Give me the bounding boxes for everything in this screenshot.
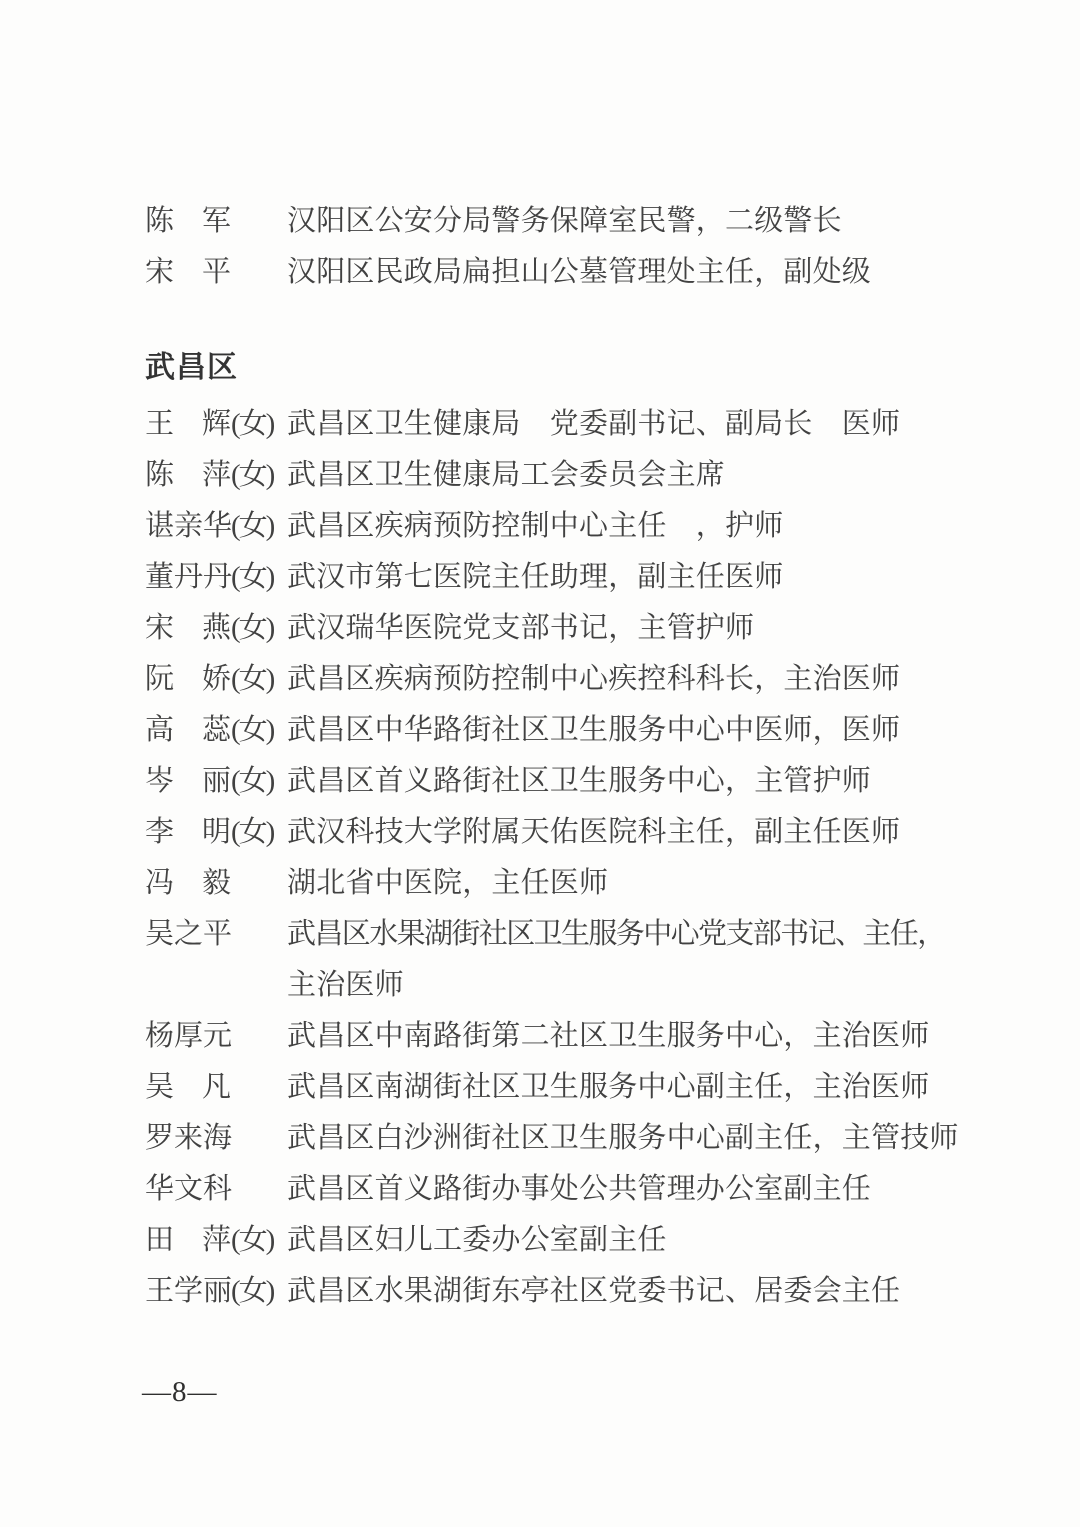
gender-marker: (女) [231, 399, 287, 450]
person-position: 武昌区水果湖街社区卫生服务中心党支部书记、主任， [287, 918, 945, 950]
gender-marker: (女) [231, 654, 287, 705]
gender-marker: (女) [231, 603, 287, 654]
person-position: 武昌区中南路街第二社区卫生服务中心，主治医师 [287, 1020, 929, 1052]
page-number: —8— [142, 1372, 218, 1412]
person-name: 陈军 [145, 196, 231, 247]
list-item: 董丹丹(女)武汉市第七医院主任助理，副主任医师 [145, 552, 965, 603]
person-name: 宋燕 [145, 603, 231, 654]
person-position: 武昌区疾病预防控制中心主任 ，护师 [287, 510, 783, 542]
person-position: 武昌区疾病预防控制中心疾控科科长，主治医师 [287, 663, 900, 695]
section-header-wuchang: 武昌区 [145, 342, 965, 393]
person-position: 武昌区妇儿工委办公室副主任 [287, 1224, 667, 1256]
person-position: 汉阳区公安分局警务保障室民警，二级警长 [287, 205, 842, 237]
gender-marker: (女) [231, 1215, 287, 1266]
person-position: 武昌区首义路街社区卫生服务中心，主管护师 [287, 765, 871, 797]
list-item: 王学丽(女)武昌区水果湖街东亭社区党委书记、居委会主任 [145, 1266, 965, 1317]
person-name: 冯毅 [145, 858, 231, 909]
list-item: 冯毅湖北省中医院，主任医师 [145, 858, 965, 909]
list-item: 李明(女)武汉科技大学附属天佑医院科主任，副主任医师 [145, 807, 965, 858]
gender-marker: (女) [231, 807, 287, 858]
person-name: 谌亲华 [145, 501, 231, 552]
person-name: 王学丽 [145, 1266, 231, 1317]
person-position: 武昌区卫生健康局 党委副书记、副局长 医师 [287, 408, 900, 440]
person-position: 武汉瑞华医院党支部书记，主管护师 [287, 612, 754, 644]
list-item: 阮娇(女)武昌区疾病预防控制中心疾控科科长，主治医师 [145, 654, 965, 705]
person-name: 王辉 [145, 399, 231, 450]
person-position: 武昌区水果湖街东亭社区党委书记、居委会主任 [287, 1275, 900, 1307]
person-name: 李明 [145, 807, 231, 858]
document-content: 陈军汉阳区公安分局警务保障室民警，二级警长 宋平汉阳区民政局扁担山公墓管理处主任… [145, 196, 965, 1317]
list-item: 吴凡武昌区南湖街社区卫生服务中心副主任，主治医师 [145, 1062, 965, 1113]
list-item: 岑丽(女)武昌区首义路街社区卫生服务中心，主管护师 [145, 756, 965, 807]
person-name: 阮娇 [145, 654, 231, 705]
person-position: 湖北省中医院，主任医师 [287, 867, 608, 899]
document-page: { "document": { "page_number": "—8—" }, … [0, 0, 1080, 1527]
list-item: 吴之平武昌区水果湖街社区卫生服务中心党支部书记、主任， [145, 909, 965, 960]
person-name: 吴凡 [145, 1062, 231, 1113]
person-position-continued: 主治医师 [287, 969, 404, 1001]
person-position: 武昌区中华路街社区卫生服务中心中医师，医师 [287, 714, 900, 746]
person-name: 杨厚元 [145, 1011, 231, 1062]
person-name: 高蕊 [145, 705, 231, 756]
person-name: 华文科 [145, 1164, 231, 1215]
list-item: 陈军汉阳区公安分局警务保障室民警，二级警长 [145, 196, 965, 247]
gender-marker: (女) [231, 705, 287, 756]
gender-marker: (女) [231, 1266, 287, 1317]
person-name: 宋平 [145, 247, 231, 298]
gender-marker: (女) [231, 450, 287, 501]
person-position: 汉阳区民政局扁担山公墓管理处主任，副处级 [287, 256, 871, 288]
person-name: 陈萍 [145, 450, 231, 501]
person-name: 岑丽 [145, 756, 231, 807]
list-item: 王辉(女)武昌区卫生健康局 党委副书记、副局长 医师 [145, 399, 965, 450]
person-name: 吴之平 [145, 909, 231, 960]
person-position: 武汉科技大学附属天佑医院科主任，副主任医师 [287, 816, 900, 848]
list-item: 宋燕(女)武汉瑞华医院党支部书记，主管护师 [145, 603, 965, 654]
person-name: 田萍 [145, 1215, 231, 1266]
list-item-continuation: 主治医师 [145, 960, 965, 1011]
person-position: 武昌区南湖街社区卫生服务中心副主任，主治医师 [287, 1071, 929, 1103]
person-name: 罗来海 [145, 1113, 231, 1164]
list-item: 陈萍(女)武昌区卫生健康局工会委员会主席 [145, 450, 965, 501]
person-position: 武昌区卫生健康局工会委员会主席 [287, 459, 725, 491]
list-item: 高蕊(女)武昌区中华路街社区卫生服务中心中医师，医师 [145, 705, 965, 756]
list-item: 华文科武昌区首义路街办事处公共管理办公室副主任 [145, 1164, 965, 1215]
list-item: 谌亲华(女)武昌区疾病预防控制中心主任 ，护师 [145, 501, 965, 552]
list-item: 罗来海武昌区白沙洲街社区卫生服务中心副主任，主管技师 [145, 1113, 965, 1164]
list-item: 杨厚元武昌区中南路街第二社区卫生服务中心，主治医师 [145, 1011, 965, 1062]
person-position: 武昌区白沙洲街社区卫生服务中心副主任，主管技师 [287, 1122, 959, 1154]
gender-marker: (女) [231, 756, 287, 807]
gender-marker: (女) [231, 501, 287, 552]
person-position: 武昌区首义路街办事处公共管理办公室副主任 [287, 1173, 871, 1205]
person-position: 武汉市第七医院主任助理，副主任医师 [287, 561, 783, 593]
list-item: 田萍(女)武昌区妇儿工委办公室副主任 [145, 1215, 965, 1266]
gender-marker: (女) [231, 552, 287, 603]
person-name: 董丹丹 [145, 552, 231, 603]
list-item: 宋平汉阳区民政局扁担山公墓管理处主任，副处级 [145, 247, 965, 298]
